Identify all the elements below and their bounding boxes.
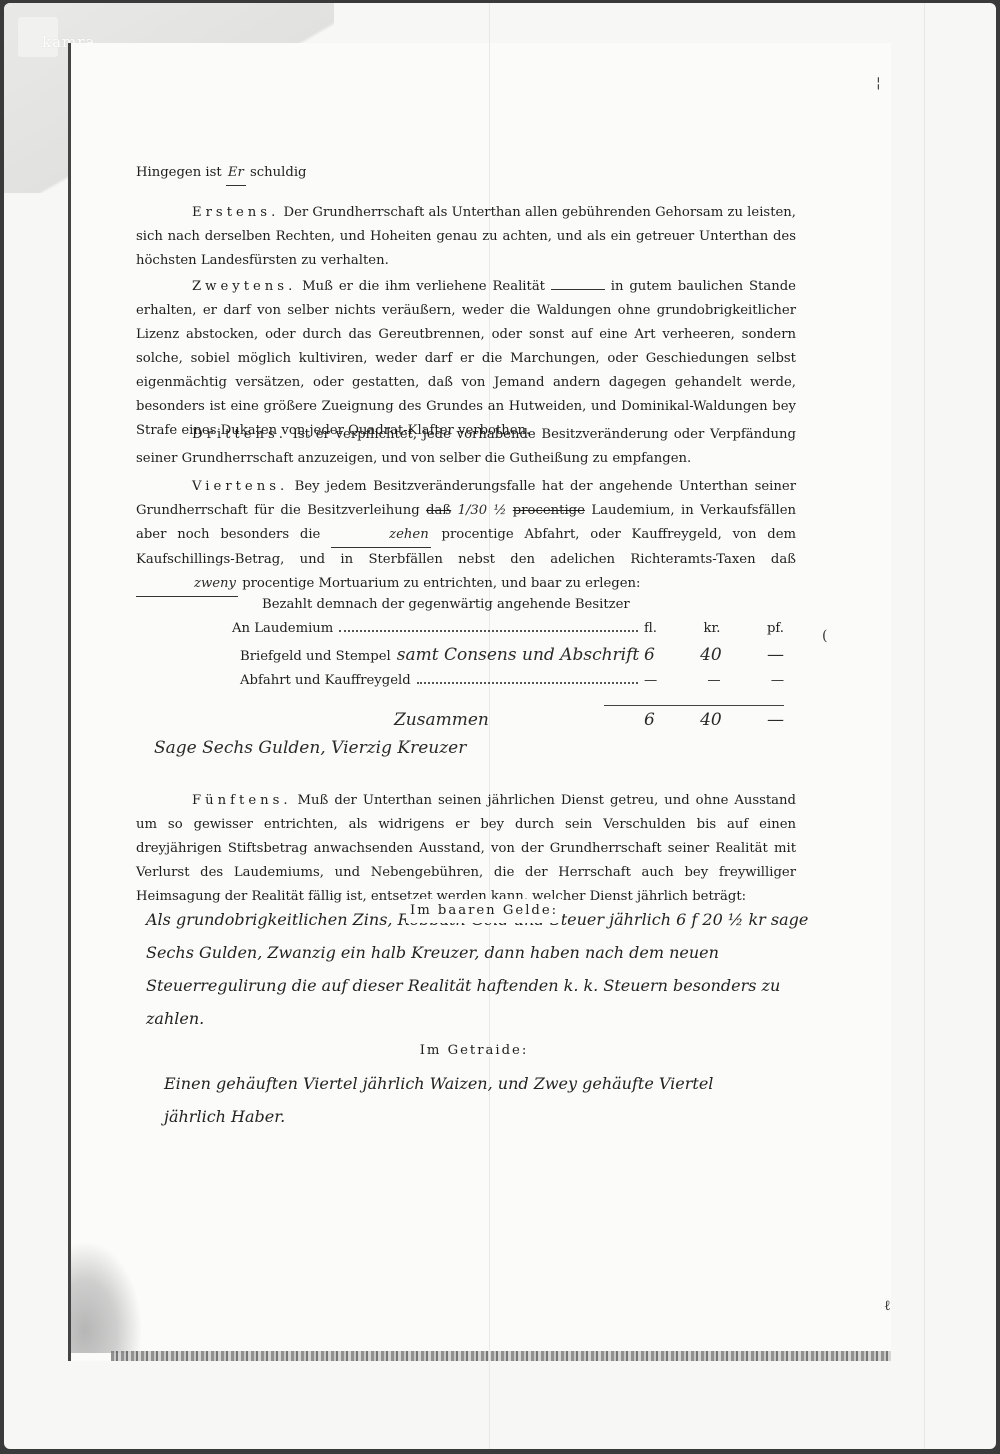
amount-pf: — bbox=[767, 643, 784, 667]
section-fourth: Viertens. Bey jedem Besitzveränderungsfa… bbox=[136, 475, 796, 605]
amount-in-words: Sage Sechs Gulden, Vierzig Kreuzer bbox=[154, 736, 784, 760]
unit-pf: pf. bbox=[767, 617, 784, 641]
payment-row: Abfahrt und Kauffreygeld — — — bbox=[164, 669, 784, 695]
dotted-leader bbox=[339, 630, 638, 632]
section-heading: Zweytens. bbox=[192, 279, 296, 294]
section-third: Drittens. Ist er verpflichtet, jede vorh… bbox=[136, 423, 796, 479]
amount-kr: 40 bbox=[700, 643, 722, 667]
grain-section: Im Getraide: Einen gehäuften Viertel jäh… bbox=[164, 1039, 784, 1133]
handwritten-fraction: 1/30 ½ bbox=[458, 503, 507, 518]
total-row: Zusammen 6 40 — bbox=[164, 708, 784, 734]
torn-bottom-edge bbox=[111, 1351, 891, 1361]
dotted-leader bbox=[417, 682, 638, 684]
handwritten-grain-dues: Einen gehäuften Viertel jährlich Waizen,… bbox=[164, 1067, 724, 1133]
amount: — — — bbox=[644, 669, 784, 693]
total-fl: 6 bbox=[644, 708, 655, 732]
payment-row: An Laudemium fl. kr. pf. bbox=[164, 617, 784, 643]
section-first: Erstens. Der Grundherrschaft als Unterth… bbox=[136, 201, 796, 281]
payment-label: An Laudemium bbox=[164, 617, 333, 641]
blank-field bbox=[551, 289, 605, 290]
scanned-document: kamra ¦ ℓ ( Hingegen ist Er schuldig Ers… bbox=[4, 3, 996, 1449]
amount: 6 40 — bbox=[644, 643, 784, 667]
section-heading: Erstens. bbox=[192, 205, 279, 220]
payment-table: Bezahlt demnach der gegenwärtig angehend… bbox=[164, 593, 784, 760]
section-heading: Fünftens. bbox=[192, 793, 292, 808]
struck-word: daß bbox=[426, 503, 451, 518]
amount-pf: — bbox=[771, 669, 784, 693]
currency-units: fl. kr. pf. bbox=[644, 617, 784, 641]
grain-heading: Im Getraide: bbox=[164, 1039, 784, 1063]
amount-fl: — bbox=[644, 669, 657, 693]
cash-section: Im baaren Gelde: Als grundobrigkeitliche… bbox=[146, 903, 826, 1035]
margin-mark: ℓ bbox=[884, 1298, 891, 1315]
fold-crease bbox=[924, 3, 925, 1449]
amount-kr: — bbox=[707, 669, 720, 693]
opening-line: Hingegen ist Er schuldig bbox=[136, 161, 796, 186]
opening-before: Hingegen ist bbox=[136, 165, 222, 180]
section-text: procentige Mortuarium zu entrichten, und… bbox=[242, 576, 640, 591]
handwritten-percent: zehen bbox=[331, 523, 431, 548]
unit-kr: kr. bbox=[703, 617, 720, 641]
opening-after: schuldig bbox=[250, 165, 306, 180]
margin-mark: ( bbox=[822, 628, 827, 644]
handwritten-note: samt Consens und Abschrift bbox=[397, 643, 644, 667]
payment-label: Briefgeld und Stempel bbox=[164, 645, 391, 669]
section-text: Muß er die ihm verliehene Realität bbox=[302, 279, 545, 294]
struck-word: procentige bbox=[513, 503, 585, 518]
paper-stain bbox=[71, 1243, 141, 1353]
section-heading: Drittens. bbox=[192, 427, 287, 442]
total-amount: 6 40 — bbox=[644, 708, 784, 732]
total-kr: 40 bbox=[700, 708, 722, 732]
payment-intro: Bezahlt demnach der gegenwärtig angehend… bbox=[164, 593, 784, 617]
margin-mark: ¦ bbox=[876, 75, 881, 91]
handwritten-subject: Er bbox=[226, 161, 246, 186]
section-heading: Viertens. bbox=[192, 479, 288, 494]
unit-fl: fl. bbox=[644, 617, 657, 641]
section-text: Muß der Unterthan seinen jährlichen Dien… bbox=[136, 793, 796, 904]
section-text: in gutem baulichen Stande erhalten, er d… bbox=[136, 279, 796, 438]
section-fifth: Fünftens. Muß der Unterthan seinen jährl… bbox=[136, 789, 796, 917]
payment-row: Briefgeld und Stempel samt Consens und A… bbox=[164, 643, 784, 669]
amount-fl: 6 bbox=[644, 643, 655, 667]
total-label: Zusammen bbox=[164, 708, 644, 732]
cash-heading: Im baaren Gelde: bbox=[406, 899, 562, 923]
payment-label: Abfahrt und Kauffreygeld bbox=[164, 669, 411, 693]
total-pf: — bbox=[767, 708, 784, 732]
